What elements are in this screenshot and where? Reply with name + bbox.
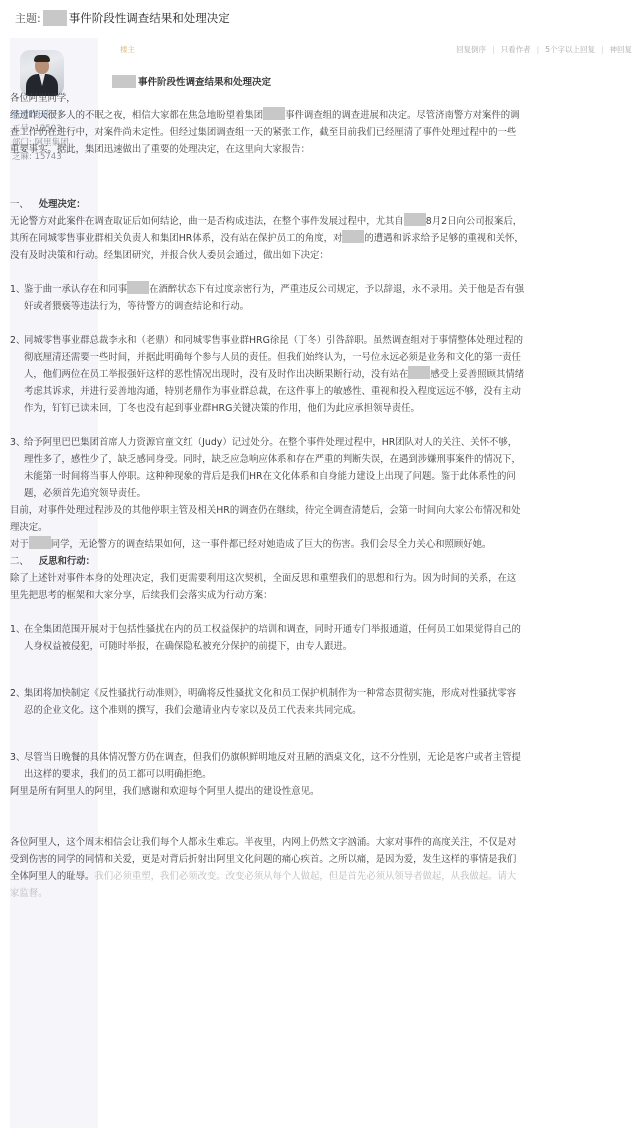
redacted-block xyxy=(127,281,149,294)
redacted-block xyxy=(342,230,364,243)
post-content: 各位阿里同学， 经过昨天很多人的不眠之夜，相信大家都在焦急地盼望着集团事件调查组… xyxy=(10,90,525,902)
floor-badge: 楼主 xyxy=(120,44,135,55)
followup-paragraph: 目前，对事件处理过程涉及的其他停职主管及相关HR的调查仍在继续，待完全调查清楚后… xyxy=(10,502,525,536)
intro-paragraph: 经过昨天很多人的不眠之夜，相信大家都在焦急地盼望着集团事件调查组的调查进展和决定… xyxy=(10,107,525,158)
section1-lead: 无论警方对此案件在调查取证后如何结论，曲一是否构成违法，在整个事件发展过程中，尤… xyxy=(10,213,525,264)
action-item-1: 1、 在全集团范围开展对于包括性骚扰在内的员工权益保护的培训和调查，同时开通专门… xyxy=(10,621,525,655)
decision-item-2: 2、 同城零售事业群总裁李永和（老鼎）和同城零售事业群HRG徐昆（丁冬）引咎辞职… xyxy=(10,332,525,417)
decision-item-1: 1、 鉴于曲一承认存在和同事在酒醉状态下有过度亲密行为，严重违反公司规定，予以辞… xyxy=(10,281,525,315)
care-paragraph: 对于同学，无论警方的调查结果如何，这一事件都已经对她造成了巨大的伤害。我们会尽全… xyxy=(10,536,525,553)
divider: | xyxy=(492,45,495,54)
post-header: 楼主 回复倒序 | 只看作者 | 5个字以上回复 | 神回复 xyxy=(112,38,632,60)
topic-title: 事件阶段性调查结果和处理决定 xyxy=(69,10,230,26)
section-heading-1: 一、处理决定： xyxy=(10,196,525,213)
welcome-paragraph: 阿里是所有阿里人的阿里，我们感谢和欢迎每个阿里人提出的建设性意见。 xyxy=(10,783,525,800)
redacted-block xyxy=(43,10,67,26)
topic-bar: 主题: 事件阶段性调查结果和处理决定 xyxy=(0,0,640,36)
reverse-order-link[interactable]: 回复倒序 xyxy=(456,44,486,55)
divider: | xyxy=(601,45,604,54)
greeting: 各位阿里同学， xyxy=(10,90,525,107)
action-item-2: 2、 集团将加快制定《反性骚扰行动准则》，明确将反性骚扰文化和员工保护机制作为一… xyxy=(10,685,525,719)
decision-item-3: 3、 给予阿里巴巴集团首席人力资源官童文红（Judy）记过处分。在整个事件处理过… xyxy=(10,434,525,502)
best-replies-link[interactable]: 神回复 xyxy=(610,44,633,55)
post-title: 事件阶段性调查结果和处理决定 xyxy=(112,74,632,88)
redacted-block xyxy=(408,366,430,379)
redacted-block xyxy=(29,536,51,549)
post-title-text: 事件阶段性调查结果和处理决定 xyxy=(138,74,271,88)
topic-label: 主题: xyxy=(15,10,41,26)
author-only-link[interactable]: 只看作者 xyxy=(501,44,531,55)
long-replies-link[interactable]: 5个字以上回复 xyxy=(545,44,595,55)
section2-lead: 除了上述针对事件本身的处理决定，我们更需要利用这次契机，全面反思和重塑我们的思想… xyxy=(10,570,525,604)
section-heading-2: 二、反思和行动： xyxy=(10,553,525,570)
post-tools: 回复倒序 | 只看作者 | 5个字以上回复 | 神回复 xyxy=(456,44,632,55)
redacted-block xyxy=(404,213,426,226)
redacted-block xyxy=(112,75,136,88)
post-main: 楼主 回复倒序 | 只看作者 | 5个字以上回复 | 神回复 事件阶段性调查结果… xyxy=(112,38,632,88)
closing-paragraph: 各位阿里人，这个周末相信会让我们每个人都永生难忘。半夜里，内网上仍然文字汹涌。大… xyxy=(10,834,525,902)
divider: | xyxy=(537,45,540,54)
redacted-block xyxy=(263,107,285,120)
action-item-3: 3、 尽管当日晚餐的具体情况警方仍在调查，但我们仍旗帜鲜明地反对丑陋的酒桌文化，… xyxy=(10,749,525,783)
